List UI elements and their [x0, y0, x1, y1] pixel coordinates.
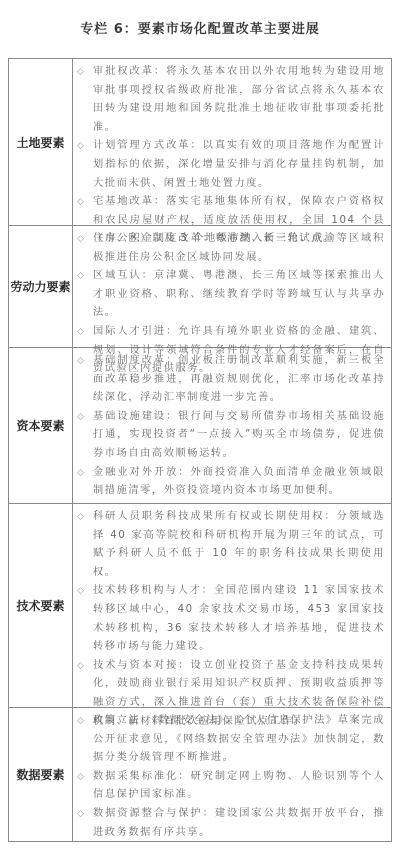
category-label: 资本要素: [9, 348, 73, 503]
list-item: ◇政策立法：《数据安全法》、《个人信息保护法》草案完成公开征求意见，《网络数据安…: [77, 712, 385, 768]
item-list: ◇政策立法：《数据安全法》、《个人信息保护法》草案完成公开征求意见，《网络数据安…: [73, 708, 391, 841]
item-list: ◇科研人员职务科技成果所有权或长期使用权：分领域选择 40 家高等院校和科研机构…: [73, 504, 391, 707]
diamond-bullet-icon: ◇: [77, 63, 93, 137]
category-label: 土地要素: [9, 59, 73, 225]
table-row-land: 土地要素 ◇审批权改革：将永久基本农田以外农用地转为建设用地审批事项授权省级政府…: [9, 59, 391, 225]
reform-progress-table: 土地要素 ◇审批权改革：将永久基本农田以外农用地转为建设用地审批事项授权省级政府…: [8, 58, 392, 842]
diamond-bullet-icon: ◇: [77, 267, 93, 323]
list-item: ◇基础设施建设：银行间与交易所债券市场相关基础设施打通，实现投资者“一点接入”购…: [77, 408, 385, 464]
list-item: ◇基础制度改革：创业板注册制改革顺利实施，新三板全面改革稳步推进，再融资规则优化…: [77, 352, 385, 408]
table-row-data: 数据要素 ◇政策立法：《数据安全法》、《个人信息保护法》草案完成公开征求意见，《…: [9, 707, 391, 841]
item-list: ◇审批权改革：将永久基本农田以外农用地转为建设用地审批事项授权省级政府批准，部分…: [73, 59, 391, 225]
diamond-bullet-icon: ◇: [77, 352, 93, 408]
list-item: ◇技术转移机构与人才：全国范围内建设 11 家国家技术转移区域中心，40 余家技…: [77, 582, 385, 656]
category-label: 劳动力要素: [9, 226, 73, 347]
diamond-bullet-icon: ◇: [77, 464, 93, 501]
list-item: ◇数据采集标准化：研究制定网上购物、人脸识别等个人信息保护国家标准。: [77, 768, 385, 805]
category-label: 技术要素: [9, 504, 73, 707]
table-row-capital: 资本要素 ◇基础制度改革：创业板注册制改革顺利实施，新三板全面改革稳步推进，再融…: [9, 347, 391, 503]
list-item: ◇审批权改革：将永久基本农田以外农用地转为建设用地审批事项授权省级政府批准，部分…: [77, 63, 385, 137]
list-item: ◇计划管理方式改革：以真实有效的项目落地作为配置计划指标的依据，深化增量安排与消…: [77, 137, 385, 193]
item-list: ◇基础制度改革：创业板注册制改革顺利实施，新三板全面改革稳步推进，再融资规则优化…: [73, 348, 391, 503]
diamond-bullet-icon: ◇: [77, 230, 93, 267]
diamond-bullet-icon: ◇: [77, 137, 93, 193]
diamond-bullet-icon: ◇: [77, 805, 93, 842]
list-item: ◇区域互认：京津冀、粤港澳、长三角区域等探索推出人才职业资格、职称、继续教育学时…: [77, 267, 385, 323]
panel-title: 专栏 6：要素市场化配置改革主要进展: [0, 18, 400, 37]
diamond-bullet-icon: ◇: [77, 768, 93, 805]
diamond-bullet-icon: ◇: [77, 408, 93, 464]
diamond-bullet-icon: ◇: [77, 508, 93, 582]
table-row-technology: 技术要素 ◇科研人员职务科技成果所有权或长期使用权：分领域选择 40 家高等院校…: [9, 503, 391, 707]
diamond-bullet-icon: ◇: [77, 582, 93, 656]
item-list: ◇住房公积金制度改革：粤港澳、长三角、成渝等区域积极推进住房公积金区域协同发展。…: [73, 226, 391, 347]
table-row-labor: 劳动力要素 ◇住房公积金制度改革：粤港澳、长三角、成渝等区域积极推进住房公积金区…: [9, 225, 391, 347]
list-item: ◇金融业对外开放：外商投资准入负面清单金融业领域限制措施清零，外资投资境内资本市…: [77, 464, 385, 501]
list-item: ◇住房公积金制度改革：粤港澳、长三角、成渝等区域积极推进住房公积金区域协同发展。: [77, 230, 385, 267]
diamond-bullet-icon: ◇: [77, 712, 93, 768]
list-item: ◇科研人员职务科技成果所有权或长期使用权：分领域选择 40 家高等院校和科研机构…: [77, 508, 385, 582]
list-item: ◇数据资源整合与保护：建设国家公共数据开放平台，推进政务数据有序共享。: [77, 805, 385, 842]
category-label: 数据要素: [9, 708, 73, 841]
